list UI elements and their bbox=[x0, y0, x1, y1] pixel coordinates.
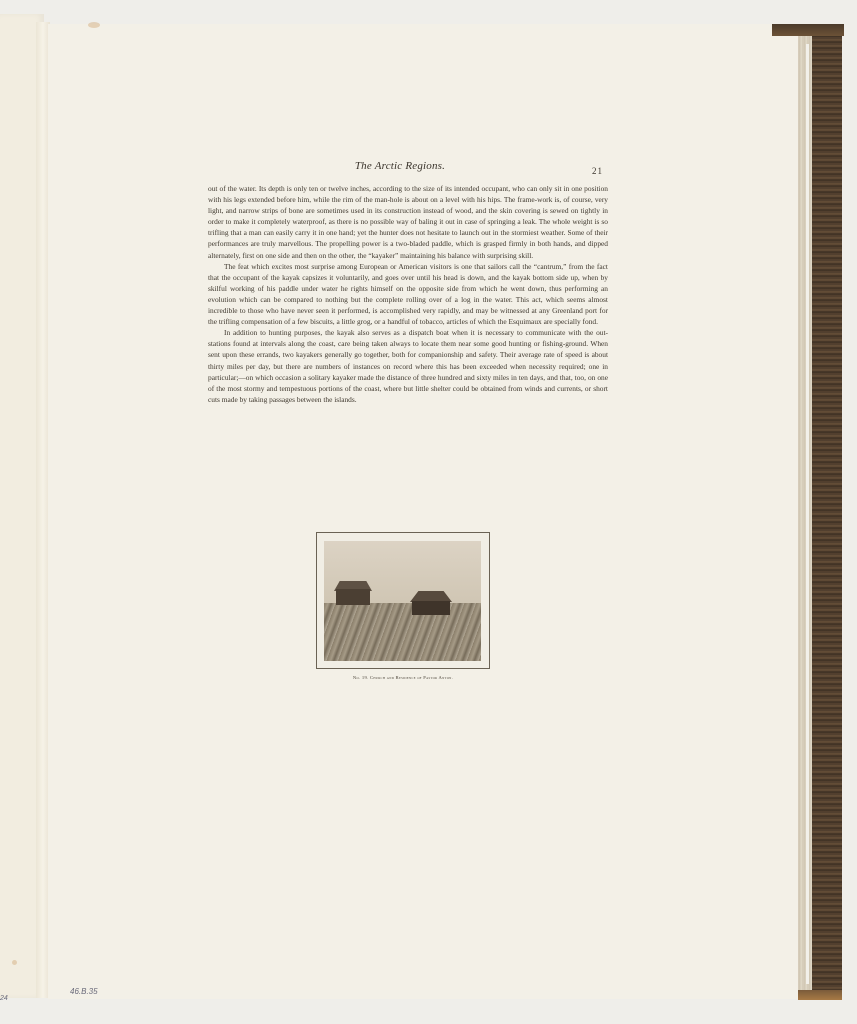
plate-caption: No. 19. Church and Residence of Pastor A… bbox=[300, 675, 506, 680]
binding-bottom-edge bbox=[798, 990, 842, 1000]
photo-plate bbox=[316, 532, 490, 669]
page-number: 21 bbox=[592, 166, 603, 176]
foxing-stain bbox=[12, 960, 17, 965]
body-text: out of the water. Its depth is only ten … bbox=[208, 183, 608, 405]
book-spine bbox=[812, 26, 842, 1000]
paragraph: The feat which excites most surprise amo… bbox=[208, 261, 608, 328]
residence-building bbox=[336, 589, 370, 605]
paragraph: out of the water. Its depth is only ten … bbox=[208, 183, 608, 261]
photo-rocky-ground bbox=[324, 603, 481, 661]
foxing-stain bbox=[88, 22, 100, 28]
photograph bbox=[324, 541, 481, 661]
shelf-mark: 46.B.35 bbox=[70, 987, 98, 996]
paragraph: In addition to hunting purposes, the kay… bbox=[208, 327, 608, 405]
church-building bbox=[412, 601, 450, 615]
running-title: The Arctic Regions. bbox=[200, 160, 600, 172]
left-page-mark: 24 bbox=[0, 995, 8, 1002]
binding-top-edge bbox=[772, 24, 844, 36]
page-edge-gap bbox=[806, 44, 809, 984]
